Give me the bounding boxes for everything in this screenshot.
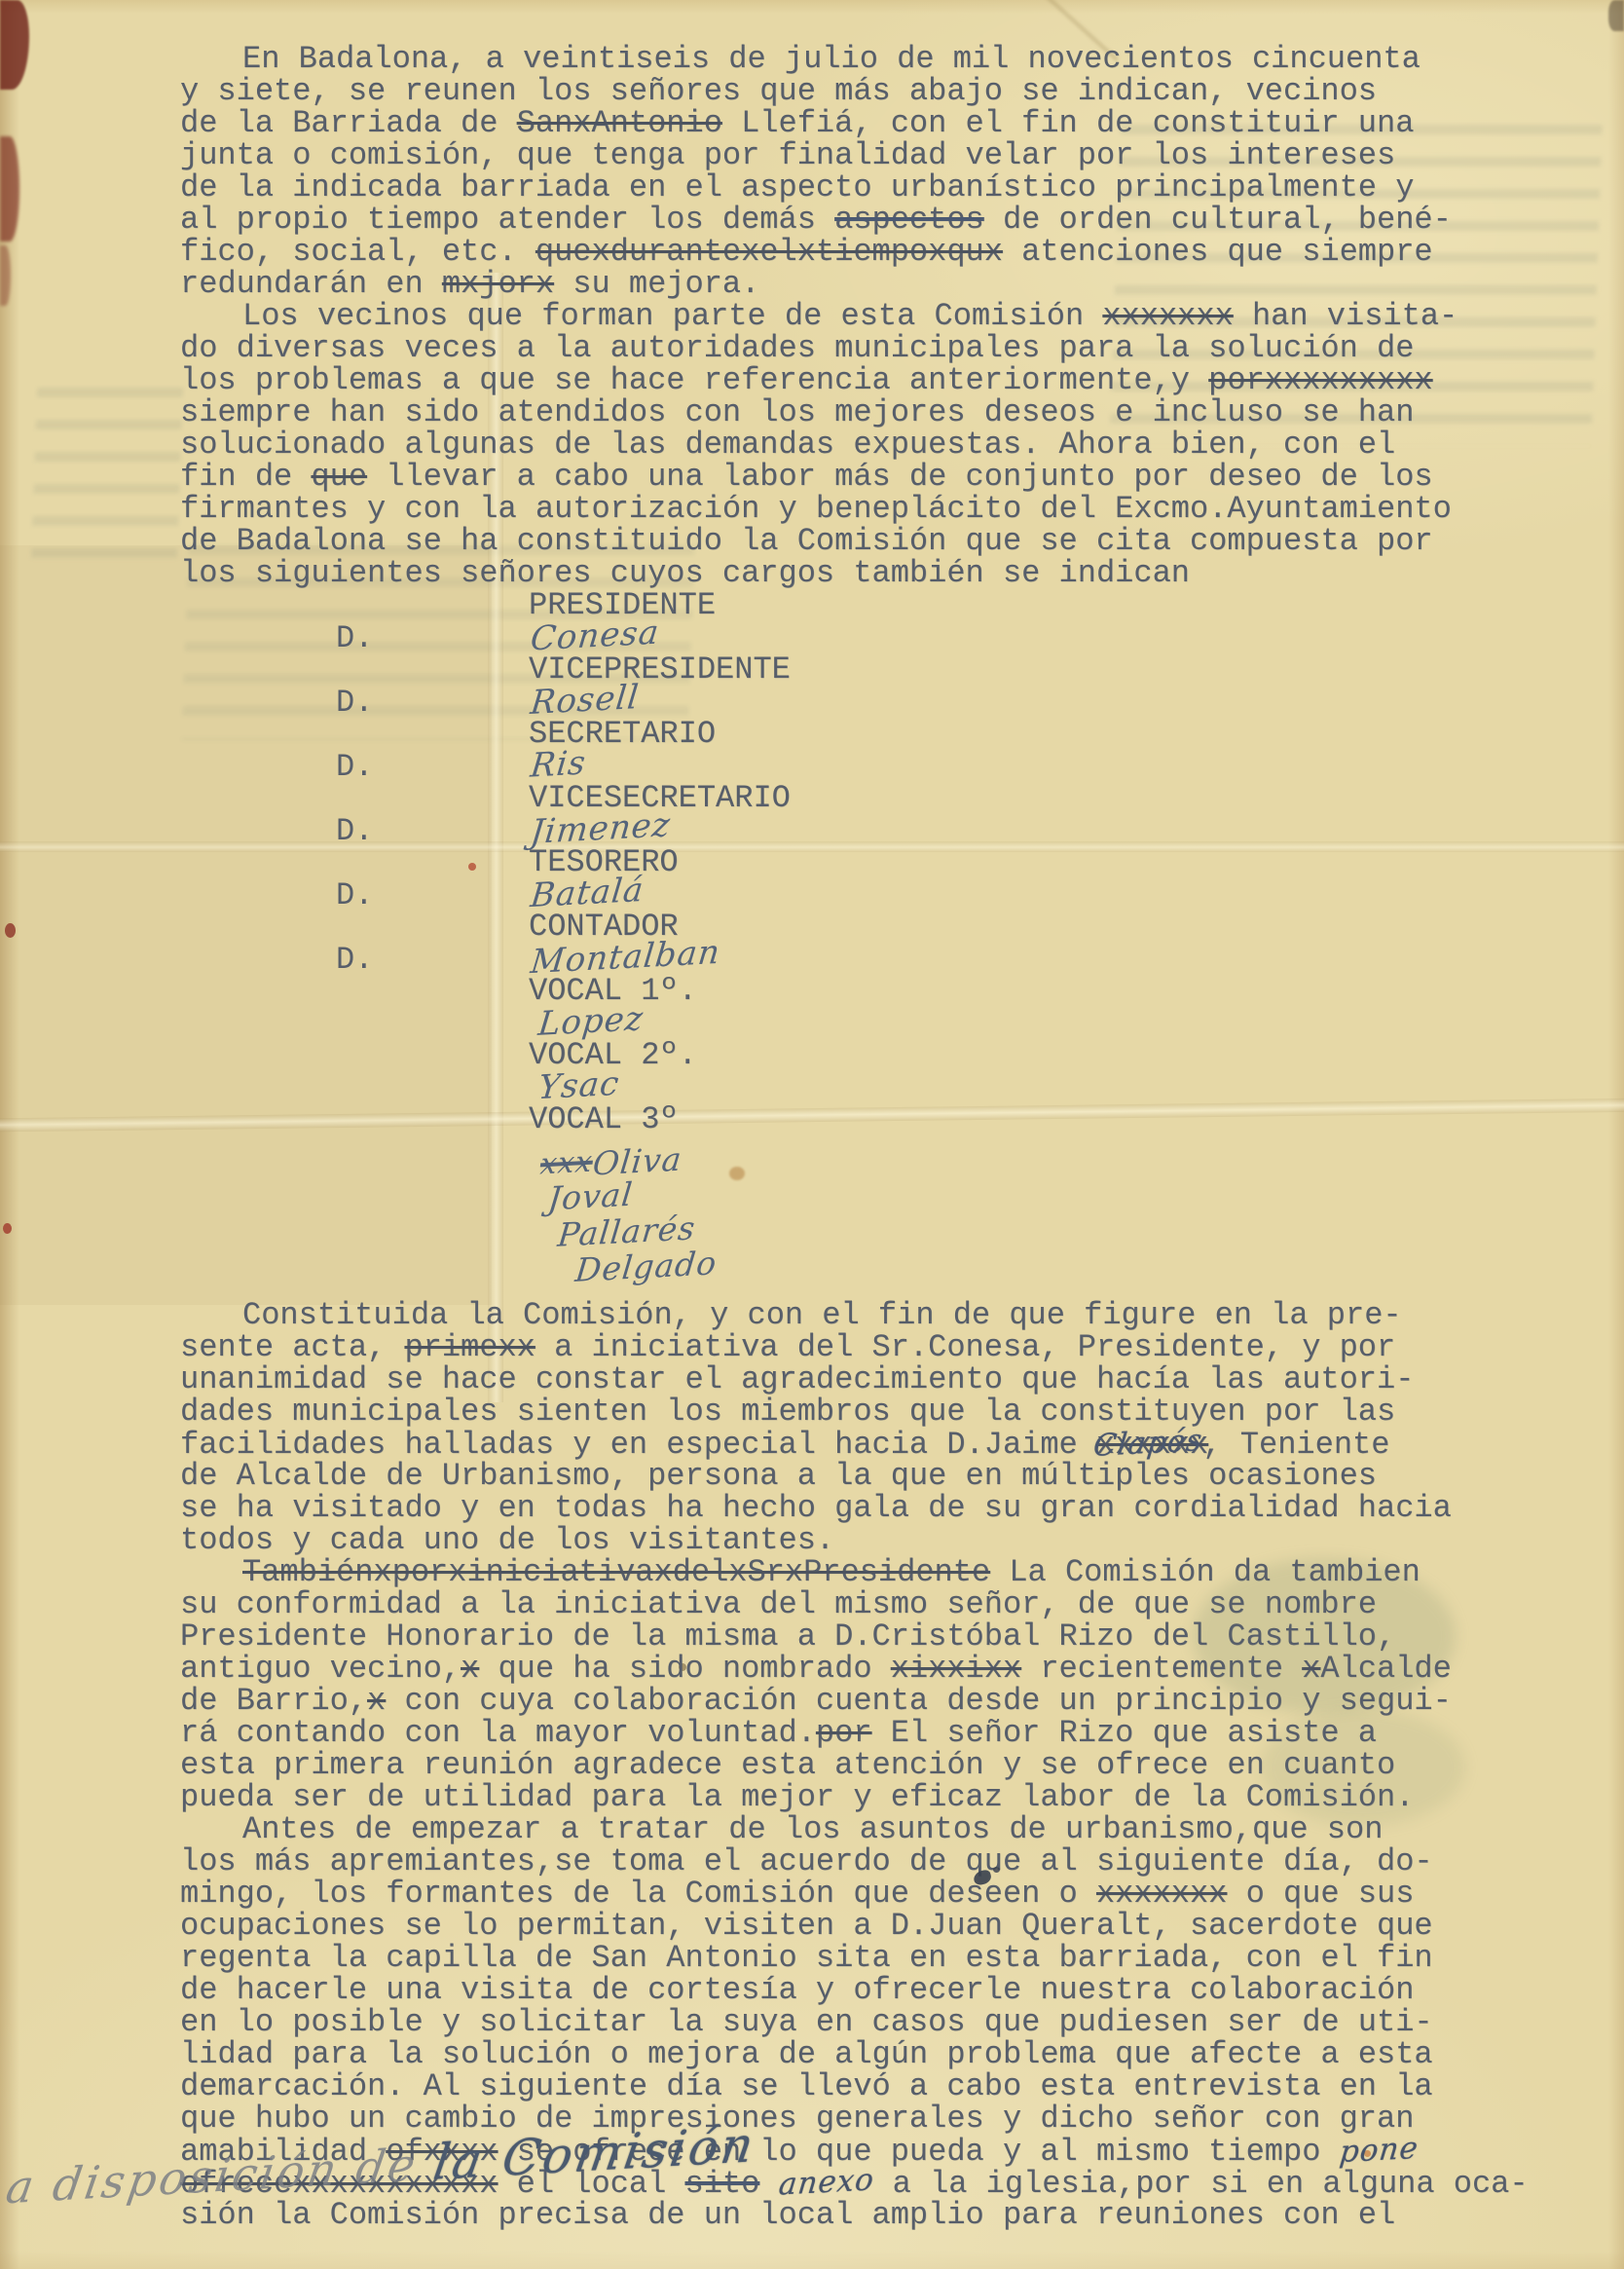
text-line: su conformidad a la iniciativa del mismo… [180,1588,1485,1620]
typed-text: unanimidad se hace constar el agradecimi… [180,1361,1414,1397]
red-edge-mark [0,136,19,242]
typed-text: con cuya colaboración cuenta desde un pr… [386,1683,1452,1719]
typed-text: antiguo vecino, [180,1651,461,1687]
red-edge-mark [0,245,11,306]
typed-text: Presidente Honorario de la misma a D.Cri… [180,1618,1395,1655]
typed-text: El señor Rizo que asiste a [872,1715,1377,1751]
text-line: Antes de empezar a tratar de los asuntos… [180,1813,1485,1845]
text-line: y siete, se reunen los señores que más a… [180,75,1485,107]
officer-entry: D.Batalá [336,878,1485,911]
typed-text: su conformidad a la iniciativa del mismo… [180,1586,1377,1622]
struck-text: x [1302,1651,1320,1687]
text-line: todos y cada uno de los visitantes. [180,1524,1485,1556]
struck-text: x [367,1683,386,1719]
struck-text: que [311,459,367,495]
text-line: do diversas veces a la autoridades munic… [180,332,1485,364]
text-line: En Badalona, a veintiseis de julio de mi… [180,43,1485,75]
officer-entry: D.Jimenez [336,814,1485,846]
text-line: lidad para la solución o mejora de algún… [180,2038,1485,2070]
text-line: esta primera reunión agradece esta atenc… [180,1749,1485,1781]
handwritten-name: Montalban [530,938,722,977]
typed-text: do diversas veces a la autoridades munic… [180,330,1414,366]
typed-text: de orden cultural, bené- [984,202,1452,238]
text-line: dades municipales sienten los miembros q… [180,1395,1485,1428]
struck-text: aspectos [834,202,984,238]
text-line: en lo posible y solicitar la suya en cas… [180,2006,1485,2038]
handwritten-text: pone [1338,2133,1420,2169]
officer-entry: Ysac [538,1071,1485,1103]
struck-text: xxxxxxx [1096,1876,1227,1912]
text-line: unanimidad se hace constar el agradecimi… [180,1363,1485,1395]
typed-text: Llefiá, con el fin de constituir una [722,105,1415,141]
typed-text: en lo posible y solicitar la suya en cas… [180,2004,1433,2040]
text-line: sente acta, primexx a iniciativa del Sr.… [180,1331,1485,1363]
typed-text: fin de [180,459,311,495]
typed-text: demarcación. Al siguiente día se llevó a… [180,2068,1433,2104]
ink-bleedthrough [31,388,183,568]
red-speck [5,923,16,938]
struck-text: xixxixx [891,1651,1021,1687]
typed-text: Constituida la Comisión, y con el fin de… [242,1297,1402,1333]
text-line: de Alcalde de Urbanismo, persona a la qu… [180,1460,1485,1492]
text-line: pueda ser de utilidad para la mejor y ef… [180,1781,1485,1813]
handwritten-name: Ris [529,748,587,780]
text-line: Los vecinos que forman parte de esta Com… [180,300,1485,332]
text-line: redundarán en mxjorx su mejora. [180,268,1485,300]
officer-entry: Delgado [575,1250,1485,1285]
paragraph-4: TambiénxporxiniciativaxdelxSrxPresidente… [180,1556,1485,1813]
officer-entry: xxxOliva [540,1145,1485,1180]
struck-text: SanxAntonio [517,105,722,141]
typed-text: al propio tiempo atender los demás [180,202,834,238]
honorific-label: D. [336,624,531,653]
text-line: sión la Comisión precisa de un local amp… [180,2199,1485,2231]
typed-text: sente acta, [180,1329,404,1365]
officer-title: VOCAL 1º. [529,975,1485,1007]
officer-title: VOCAL 3º [529,1103,1485,1135]
text-line: se ha visitado y en todas ha hecho gala … [180,1492,1485,1524]
typed-text: su mejora. [554,266,759,302]
struck-text: TambiénxporxiniciativaxdelxSrxPresidente [242,1554,990,1590]
edge-mark [1608,0,1624,31]
text-line: regenta la capilla de San Antonio sita e… [180,1942,1485,1974]
typed-text: regenta la capilla de San Antonio sita e… [180,1940,1433,1976]
handwritten-name: Conesa [530,617,661,653]
text-line: Constituida la Comisión, y con el fin de… [180,1299,1485,1331]
text-line: de Barrio,x con cuya colaboración cuenta… [180,1685,1485,1717]
typed-text: a iniciativa del Sr.Conesa, Presidente, … [535,1329,1395,1365]
document-body: En Badalona, a veintiseis de julio de mi… [180,43,1485,2231]
typed-text: Los vecinos que forman parte de esta Com… [242,298,1102,334]
typed-text: siempre han sido atendidos con los mejor… [180,394,1414,430]
typed-text: de la Barriada de [180,105,517,141]
typed-text: de Badalona se ha constituido la Comisió… [180,523,1433,559]
handwritten-name: Rosell [529,683,640,718]
text-line: TambiénxporxiniciativaxdelxSrxPresidente… [180,1556,1485,1588]
officer-entry: D.Montalban [336,943,1485,975]
honorific-label: D. [336,817,531,846]
handwritten-name: Joval [546,1178,634,1216]
handwritten-name: Ysac [536,1069,620,1103]
typed-text: pueda ser de utilidad para la mejor y ef… [180,1779,1414,1815]
typed-text: de Alcalde de Urbanismo, persona a la qu… [180,1458,1377,1494]
struck-text: xxxxxxx [1102,298,1233,334]
typed-text: redundarán en [180,266,442,302]
officer-title: VOCAL 2º. [529,1039,1485,1071]
typed-text: recientemente [1021,1651,1302,1687]
officer-title: VICEPRESIDENTE [529,653,1485,686]
honorific-label: D. [336,688,531,718]
text-line: demarcación. Al siguiente día se llevó a… [180,2070,1485,2102]
struck-handwriting: xxx [538,1145,594,1181]
typed-text: solucionado algunas de las demandas expu… [180,427,1395,463]
typed-text: llevar a cabo una labor más de conjunto … [367,459,1433,495]
red-speck [3,1223,12,1234]
margin-note-pencil: de [352,2137,439,2194]
handwritten-name: Delgado [573,1246,719,1287]
typed-text: dades municipales sienten los miembros q… [180,1394,1395,1430]
text-line: rá contando con la mayor voluntad.por El… [180,1717,1485,1749]
officer-title: TESORERO [529,846,1485,878]
struck-text: primexx [404,1329,535,1365]
handwritten-name: Batalá [529,875,645,911]
typed-text: Alcalde [1320,1651,1451,1687]
typed-text: Antes de empezar a tratar de los asuntos… [242,1811,1383,1847]
typed-text: firmantes y con la autorización y benepl… [180,491,1452,527]
handwritten-name: Oliva [591,1142,683,1180]
typed-text: de Barrio, [180,1683,367,1719]
officer-entry: D.Rosell [336,686,1485,718]
text-line: de hacerle una visita de cortesía y ofre… [180,1974,1485,2006]
paragraph-2: Los vecinos que forman parte de esta Com… [180,300,1485,589]
typed-text: se ha visitado y en todas ha hecho gala … [180,1490,1452,1526]
handwritten-name: Jimenez [530,810,673,847]
typed-text: de hacerle una visita de cortesía y ofre… [180,1972,1414,2008]
officer-entry: D.Conesa [336,621,1485,653]
handwritten-name: Lopez [536,1004,645,1039]
typed-text: los siguientes señores cuyos cargos tamb… [180,555,1190,591]
text-line: de la indicada barriada en el aspecto ur… [180,171,1485,204]
struck-text: x [461,1651,479,1687]
text-line: mingo, los formantes de la Comisión que … [180,1878,1485,1910]
text-line: ocupaciones se lo permitan, visiten a D.… [180,1910,1485,1942]
typed-text: La Comisión da tambien [990,1554,1421,1590]
red-edge-mark [0,0,29,90]
text-line: junta o comisión, que tenga por finalida… [180,139,1485,171]
typed-text: los más apremiantes,se toma el acuerdo d… [180,1843,1433,1879]
typed-text: atenciones que siempre [1003,234,1433,270]
typed-text: rá contando con la mayor voluntad. [180,1715,816,1751]
typed-text: todos y cada uno de los visitantes. [180,1522,834,1558]
typed-text: o que sus [1227,1876,1414,1912]
typed-text: lidad para la solución o mejora de algún… [180,2036,1433,2072]
officer-title: SECRETARIO [529,718,1485,750]
officer-entry: D.Ris [336,750,1485,782]
typed-text: En Badalona, a veintiseis de julio de mi… [242,41,1421,77]
text-line: firmantes y con la autorización y benepl… [180,493,1485,525]
officer-list: PRESIDENTED.ConesaVICEPRESIDENTED.Rosell… [180,589,1485,1285]
text-line: al propio tiempo atender los demás aspec… [180,204,1485,236]
honorific-label: D. [336,946,531,975]
typed-text: mingo, los formantes de la Comisión que … [180,1876,1096,1912]
typed-text: han visita- [1234,298,1458,334]
text-line: los más apremiantes,se toma el acuerdo d… [180,1845,1485,1878]
text-line: antiguo vecino,x que ha sido nombrado xi… [180,1653,1485,1685]
struck-text: mxjorx [442,266,554,302]
text-line: siempre han sido atendidos con los mejor… [180,396,1485,428]
text-line: de Badalona se ha constituido la Comisió… [180,525,1485,557]
text-line: los siguientes señores cuyos cargos tamb… [180,557,1485,589]
handwritten-text: Clapés [1092,1425,1205,1463]
text-line: de la Barriada de SanxAntonio Llefiá, co… [180,107,1485,139]
typed-text: y siete, se reunen los señores que más a… [180,73,1377,109]
typed-text: sión la Comisión precisa de un local amp… [180,2197,1395,2233]
typed-text: junta o comisión, que tenga por finalida… [180,137,1395,173]
struck-text: porxxxxxxxxx [1208,362,1432,398]
text-line: los problemas a que se hace referencia a… [180,364,1485,396]
struck-text: por [816,1715,872,1751]
struck-text: quexdurantexelxtiempoxqux [535,234,1003,270]
typed-text: que ha sido nombrado [479,1651,890,1687]
typed-text: esta primera reunión agradece esta atenc… [180,1747,1395,1783]
officer-entry: Lopez [538,1007,1485,1039]
typed-text: ocupaciones se lo permitan, visiten a D.… [180,1908,1433,1944]
paragraph-3: Constituida la Comisión, y con el fin de… [180,1299,1485,1556]
text-line: fin de que llevar a cabo una labor más d… [180,461,1485,493]
typed-text: de la indicada barriada en el aspecto ur… [180,169,1414,205]
typed-text: fico, social, etc. [180,234,535,270]
text-line: fico, social, etc. quexdurantexelxtiempo… [180,236,1485,268]
text-line: facilidades halladas y en especial hacia… [180,1428,1485,1460]
text-line: solucionado algunas de las demandas expu… [180,428,1485,461]
paragraph-1: En Badalona, a veintiseis de julio de mi… [180,43,1485,300]
honorific-label: D. [336,753,531,782]
officer-title: PRESIDENTE [529,589,1485,621]
honorific-label: D. [336,881,531,911]
document-page: En Badalona, a veintiseis de julio de mi… [0,0,1624,2269]
typed-text: los problemas a que se hace referencia a… [180,362,1208,398]
text-line: Presidente Honorario de la misma a D.Cri… [180,1620,1485,1653]
